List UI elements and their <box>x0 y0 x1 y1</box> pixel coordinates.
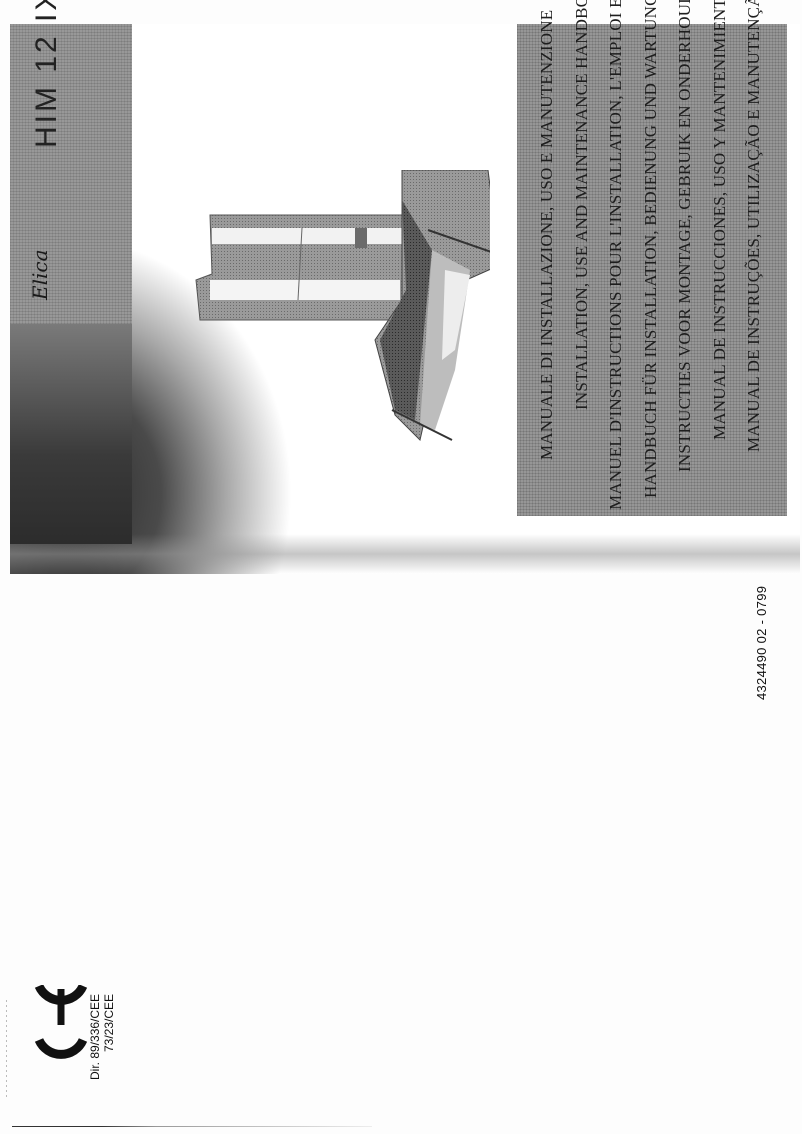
title-dutch: INSTRUCTIES VOOR MONTAGE, GEBRUIK EN OND… <box>668 30 703 510</box>
document-code: 4324490 02 - 0799 <box>754 586 769 700</box>
ce-directives: Dir. 89/336/CEE 73/23/CEE <box>88 994 116 1080</box>
title-german: HANDBUCH FÜR INSTALLATION, BEDIENUNG UND… <box>634 30 669 510</box>
model-name: HIM 12 IX <box>30 0 64 148</box>
range-hood-icon <box>170 170 490 470</box>
title-french: MANUEL D'INSTRUCTIONS POUR L'INSTALLATIO… <box>599 30 634 510</box>
banner-shadow <box>10 324 132 544</box>
title-spanish: MANUAL DE INSTRUCCIONES, USO Y MANTENIMI… <box>703 30 738 510</box>
scan-edge-line <box>12 1126 372 1127</box>
title-italian: MANUALE DI INSTALLAZIONE, USO E MANUTENZ… <box>530 30 565 510</box>
manual-cover-page: HIM 12 IX Elica MANUALE DI INSTALLAZIONE… <box>0 0 802 1134</box>
title-english: INSTALLATION, USE AND MAINTENANCE HANDBO… <box>565 30 600 510</box>
directive-1: Dir. 89/336/CEE <box>88 994 102 1080</box>
brand-logo-script: Elica <box>28 249 52 300</box>
multilingual-titles: MANUALE DI INSTALLAZIONE, USO E MANUTENZ… <box>530 30 780 510</box>
ce-mark-icon <box>34 985 88 1095</box>
directive-2: 73/23/CEE <box>102 994 116 1080</box>
title-portuguese: MANUAL DE INSTRUÇÕES, UTILIZAÇÃO E MANUT… <box>737 30 772 510</box>
scan-edge-left <box>6 1000 7 1100</box>
